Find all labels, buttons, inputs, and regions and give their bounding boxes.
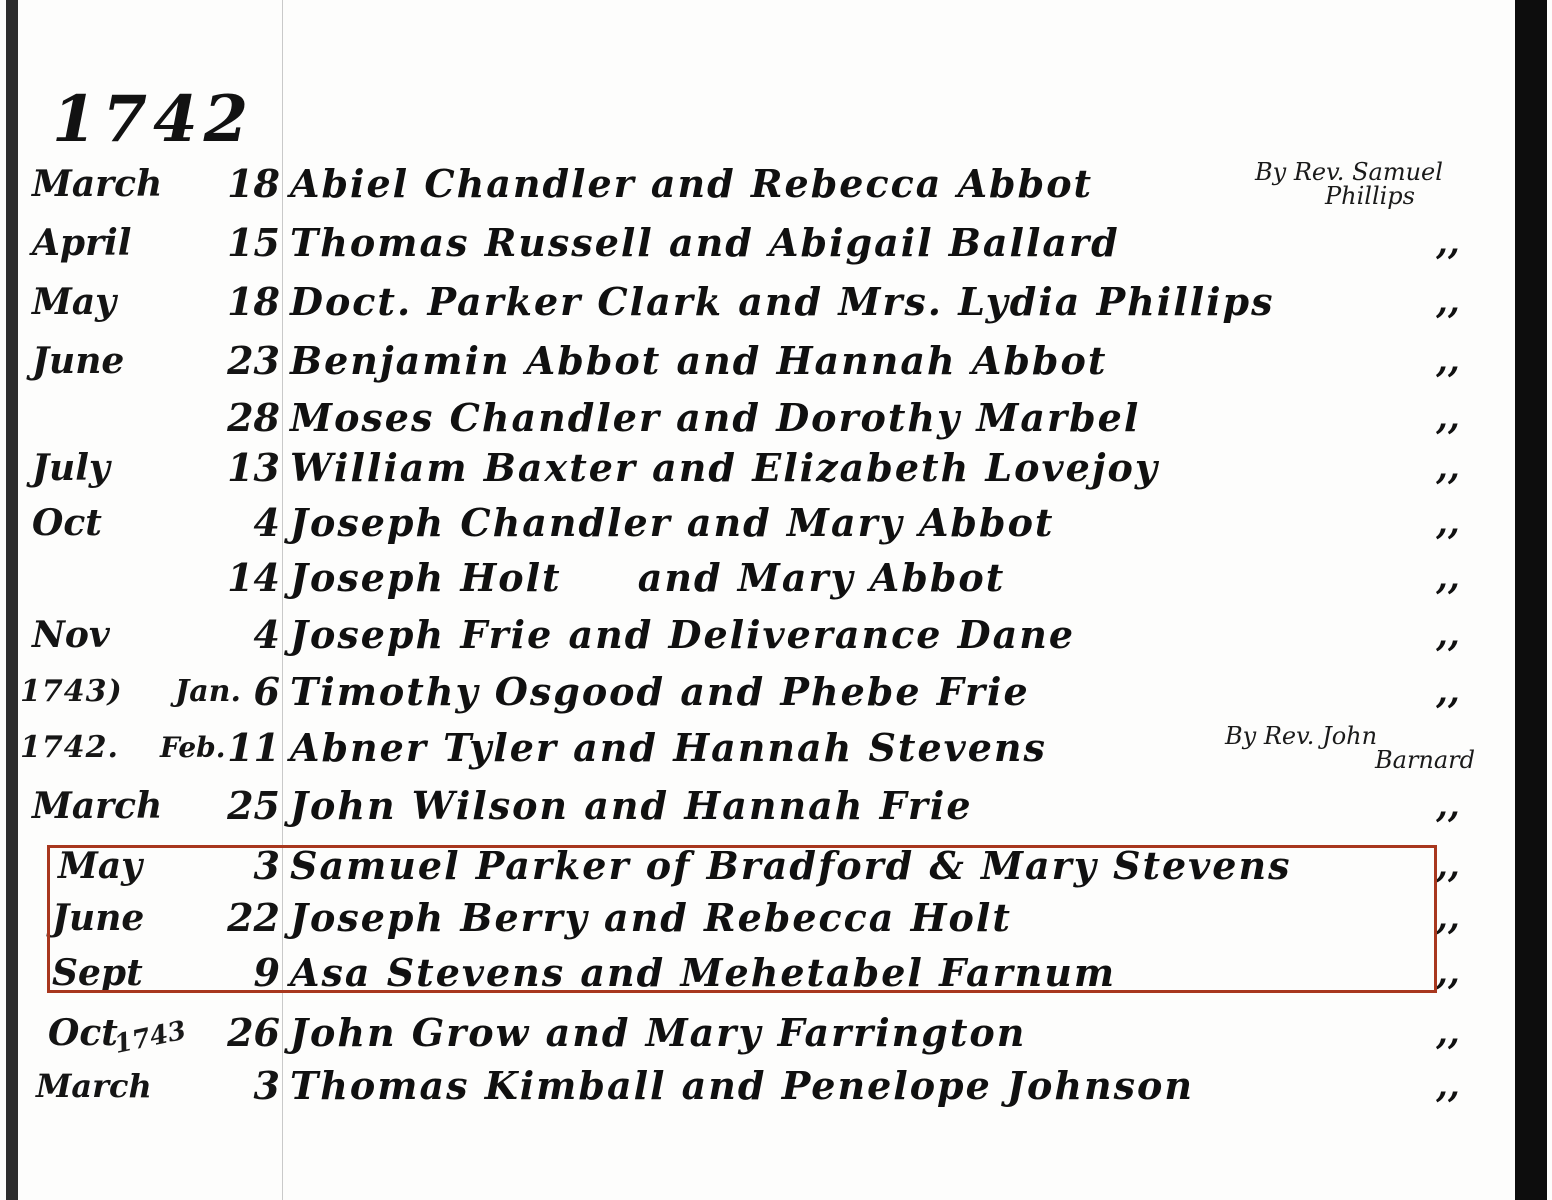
- ditto-mark: ,,: [1430, 390, 1466, 446]
- entry-month: June: [52, 890, 144, 946]
- entry-day: 18: [206, 274, 280, 330]
- register-entry: May 18 Doct. Parker Clark and Mrs. Lydia…: [0, 274, 1510, 330]
- side-year: 1742.: [20, 720, 119, 776]
- entry-day: 11: [206, 720, 280, 776]
- entry-month: July: [32, 440, 110, 496]
- ditto-mark: ,,: [1430, 1058, 1466, 1114]
- officiant-note: By Rev. John Barnard: [1225, 724, 1475, 772]
- entry-day: 18: [206, 156, 280, 212]
- right-binding-edge: [1515, 0, 1547, 1200]
- entry-names: Asa Stevens and Mehetabel Farnum: [290, 945, 1116, 1001]
- ditto-mark: ,,: [1430, 890, 1466, 946]
- ditto-mark: ,,: [1430, 664, 1466, 720]
- entry-names: John Grow and Mary Farrington: [290, 1005, 1026, 1061]
- ditto-mark: ,,: [1430, 215, 1466, 271]
- entry-day: 26: [206, 1005, 280, 1061]
- officiant-line-2: Barnard: [1225, 748, 1475, 772]
- entry-names: Abner Tyler and Hannah Stevens: [290, 720, 1047, 776]
- register-entry: Nov 4 Joseph Frie and Deliverance Dane ,…: [0, 607, 1510, 663]
- entry-day: 13: [206, 440, 280, 496]
- entry-names: John Wilson and Hannah Frie: [290, 778, 973, 834]
- entry-names: Timothy Osgood and Phebe Frie: [290, 664, 1030, 720]
- entry-day: 3: [206, 1058, 280, 1114]
- entry-day: 25: [206, 778, 280, 834]
- officiant-line-2: Phillips: [1255, 184, 1443, 208]
- entry-names: William Baxter and Elizabeth Lovejoy: [290, 440, 1159, 496]
- register-entry: April 15 Thomas Russell and Abigail Ball…: [0, 215, 1510, 271]
- entry-day: 6: [206, 664, 280, 720]
- entry-day: 9: [206, 945, 280, 1001]
- entry-month: Oct: [48, 1005, 118, 1061]
- entry-month: May: [32, 274, 116, 330]
- entry-names: Joseph Chandler and Mary Abbot: [290, 495, 1054, 551]
- entry-month: March: [32, 156, 162, 212]
- entry-names: Joseph Berry and Rebecca Holt: [290, 890, 1012, 946]
- ditto-mark: ,,: [1430, 333, 1466, 389]
- entry-day: 4: [206, 607, 280, 663]
- ditto-mark: ,,: [1430, 838, 1466, 894]
- entry-names: Joseph Frie and Deliverance Dane: [290, 607, 1075, 663]
- entry-day: 22: [206, 890, 280, 946]
- entry-names: Samuel Parker of Bradford & Mary Stevens: [290, 838, 1291, 894]
- ditto-mark: ,,: [1430, 440, 1466, 496]
- entry-day: 28: [206, 390, 280, 446]
- ditto-mark: ,,: [1430, 778, 1466, 834]
- register-entry: June 22 Joseph Berry and Rebecca Holt ,,: [0, 890, 1510, 946]
- entry-day: 3: [206, 838, 280, 894]
- register-page: 1742 March 18 Abiel Chandler and Rebecca…: [0, 0, 1552, 1200]
- year-heading: 1742: [52, 82, 254, 157]
- side-year: 1743): [20, 664, 123, 720]
- ditto-mark: ,,: [1430, 550, 1466, 606]
- entry-month: April: [32, 215, 131, 271]
- register-entry: 28 Moses Chandler and Dorothy Marbel ,,: [0, 390, 1510, 446]
- register-entry: Sept 9 Asa Stevens and Mehetabel Farnum …: [0, 945, 1510, 1001]
- register-entry: Oct 4 Joseph Chandler and Mary Abbot ,,: [0, 495, 1510, 551]
- entry-names: Joseph Holt and Mary Abbot: [290, 550, 1005, 606]
- entry-day: 23: [206, 333, 280, 389]
- entry-month: May: [58, 838, 142, 894]
- officiant-note: By Rev. Samuel Phillips: [1255, 160, 1443, 208]
- entry-day: 15: [206, 215, 280, 271]
- register-entry: July 13 William Baxter and Elizabeth Lov…: [0, 440, 1510, 496]
- register-entry: June 23 Benjamin Abbot and Hannah Abbot …: [0, 333, 1510, 389]
- ditto-mark: ,,: [1430, 274, 1466, 330]
- register-entry: 1742. Feb. 11 Abner Tyler and Hannah Ste…: [0, 720, 1510, 776]
- register-entry: March 25 John Wilson and Hannah Frie ,,: [0, 778, 1510, 834]
- entry-month: Sept: [52, 945, 143, 1001]
- entry-names: Thomas Kimball and Penelope Johnson: [290, 1058, 1194, 1114]
- ditto-mark: ,,: [1430, 607, 1466, 663]
- ditto-mark: ,,: [1430, 945, 1466, 1001]
- register-entry: 1743) Jan. 6 Timothy Osgood and Phebe Fr…: [0, 664, 1510, 720]
- entry-day: 14: [206, 550, 280, 606]
- entry-month: Oct: [32, 495, 102, 551]
- entry-month: June: [32, 333, 124, 389]
- entry-month: March: [36, 1058, 152, 1114]
- entry-month: March: [32, 778, 162, 834]
- ditto-mark: ,,: [1430, 495, 1466, 551]
- register-entry: March 18 Abiel Chandler and Rebecca Abbo…: [0, 156, 1510, 212]
- entry-names: Abiel Chandler and Rebecca Abbot: [290, 156, 1093, 212]
- register-entry: May 3 Samuel Parker of Bradford & Mary S…: [0, 838, 1510, 894]
- ditto-mark: ,,: [1430, 1005, 1466, 1061]
- entry-day: 4: [206, 495, 280, 551]
- register-entry: March 3 Thomas Kimball and Penelope John…: [0, 1058, 1510, 1114]
- entry-names: Thomas Russell and Abigail Ballard: [290, 215, 1120, 271]
- entry-names: Doct. Parker Clark and Mrs. Lydia Philli…: [290, 274, 1274, 330]
- entry-month: Nov: [32, 607, 110, 663]
- entry-names: Moses Chandler and Dorothy Marbel: [290, 390, 1140, 446]
- officiant-line-1: By Rev. John: [1225, 722, 1377, 750]
- entry-names: Benjamin Abbot and Hannah Abbot: [290, 333, 1107, 389]
- register-entry: 14 Joseph Holt and Mary Abbot ,,: [0, 550, 1510, 606]
- register-entry: Oct 26 John Grow and Mary Farrington ,,: [0, 1005, 1510, 1061]
